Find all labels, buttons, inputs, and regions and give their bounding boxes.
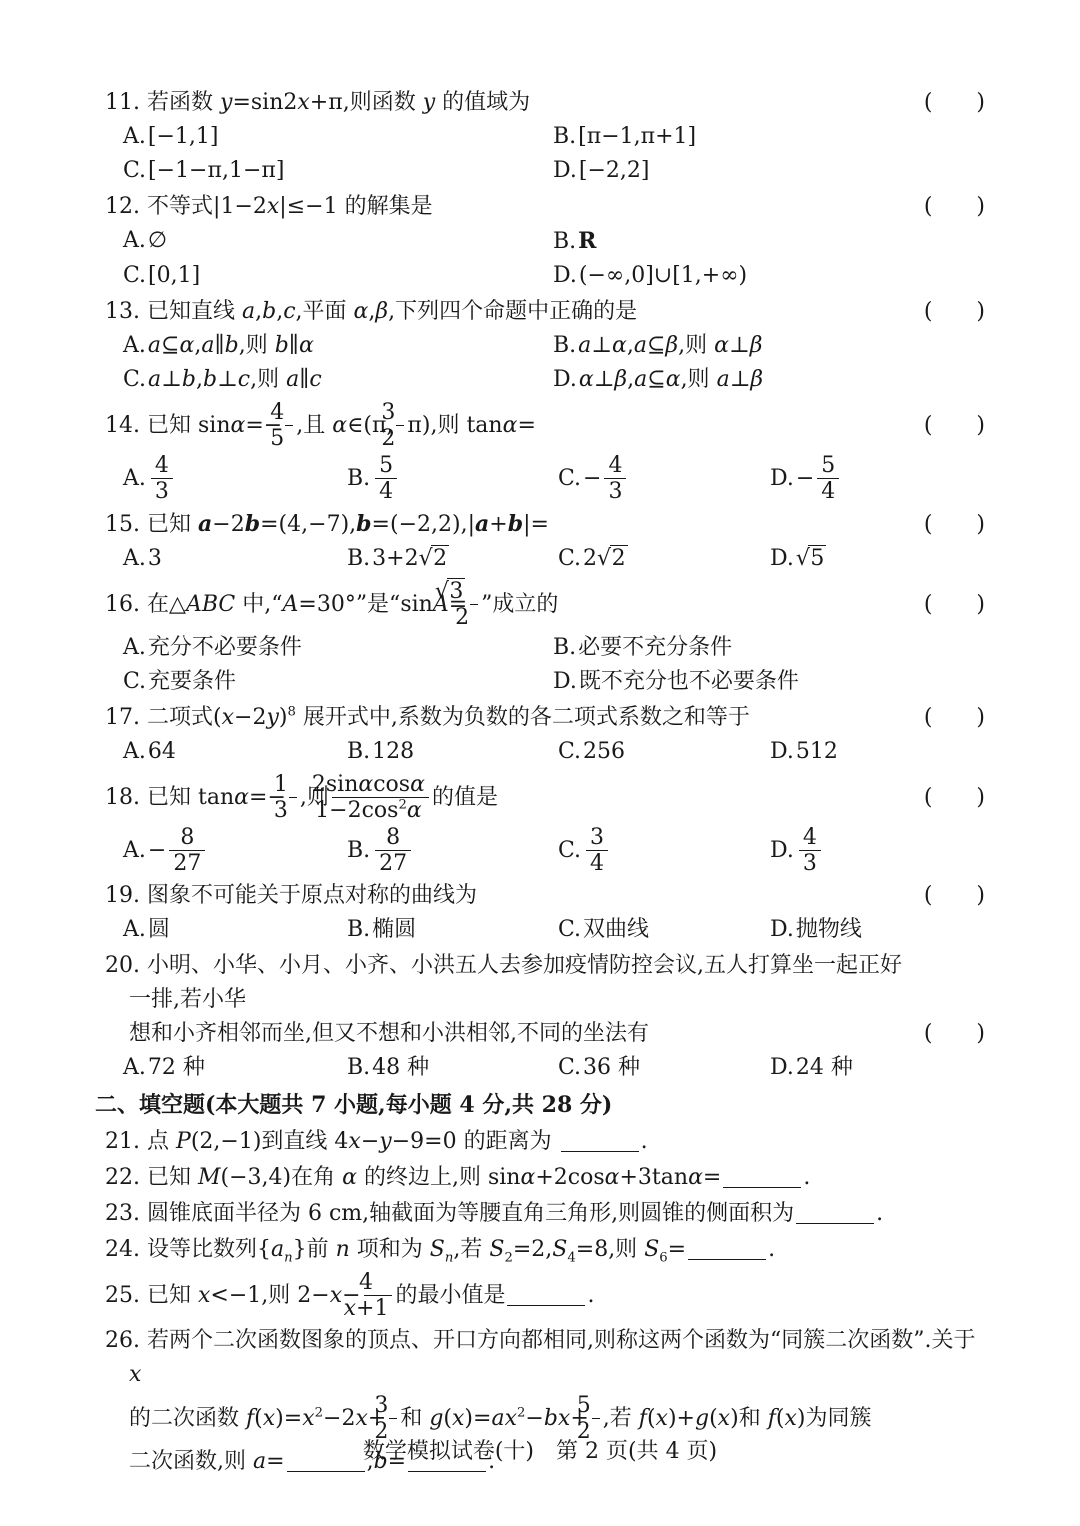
option-label: B. — [553, 635, 578, 660]
option-text: a⊥α,a⊆β,则 α⊥β — [578, 333, 762, 358]
option-label: C. — [558, 739, 583, 764]
question-stem: 19.图象不可能关于原点对称的曲线为 — [105, 879, 916, 913]
question-number: 20. — [105, 953, 147, 978]
question-stem-row: 14.已知 sinα=−45,且 α∈(π,32π),则 tanα= ( ) — [105, 399, 985, 452]
option-text: a⊆α,a∥b,则 b∥α — [148, 333, 314, 358]
option-B: B.128 — [347, 735, 558, 769]
option-label: B. — [553, 124, 578, 149]
answer-blank — [723, 1165, 801, 1188]
option-label: D. — [770, 917, 796, 942]
page-footer: 数学模拟试卷(十) 第 2 页(共 4 页) — [0, 1437, 1080, 1467]
question-20: 20.小明、小华、小月、小齐、小洪五人去参加疫情防控会议,五人打算坐一起正好一排… — [95, 949, 985, 1085]
question-text: 已知 M(−3,4)在角 α 的终边上,则 sinα+2cosα+3tanα=. — [147, 1165, 810, 1190]
question-11: 11.若函数 y=sin2x+π,则函数 y 的值域为 ( ) A.[−1,1]… — [95, 86, 985, 188]
option-text: 512 — [796, 739, 838, 764]
option-label: A. — [123, 124, 148, 149]
option-text: 48 种 — [372, 1055, 429, 1080]
question-text: 已知 sinα=−45,且 α∈(π,32π),则 tanα= — [147, 413, 536, 438]
question-options: A.64B.128C.256D.512 — [123, 735, 985, 769]
question-stem-row: 16.在△ABC 中,“A=30°”是“sinA=√32”成立的 ( ) — [105, 578, 985, 631]
answer-bracket: ( ) — [924, 295, 985, 329]
choice-question-list: 11.若函数 y=sin2x+π,则函数 y 的值域为 ( ) A.[−1,1]… — [95, 86, 985, 1085]
question-stem-row: 11.若函数 y=sin2x+π,则函数 y 的值域为 ( ) — [105, 86, 985, 120]
option-text: 抛物线 — [796, 917, 862, 942]
option-text: 双曲线 — [583, 917, 649, 942]
question-options: A.a⊆α,a∥b,则 b∥αB.a⊥α,a⊆β,则 α⊥βC.a⊥b,b⊥c,… — [123, 329, 985, 397]
question-13: 13.已知直线 a,b,c,平面 α,β,下列四个命题中正确的是 ( ) A.a… — [95, 295, 985, 397]
option-label: C. — [123, 367, 148, 392]
option-text: 43 — [148, 466, 176, 491]
question-stem-row: 21.点 P(2,−1)到直线 4x−y−9=0 的距离为 . — [105, 1125, 985, 1159]
answer-bracket: ( ) — [924, 879, 985, 913]
option-label: C. — [558, 838, 583, 863]
answer-bracket: ( ) — [924, 701, 985, 735]
question-number: 25. — [105, 1283, 147, 1308]
question-stem-row: 24.设等比数列{an}前 n 项和为 Sn,若 S2=2,S4=8,则 S6=… — [105, 1233, 985, 1267]
option-label: B. — [347, 838, 372, 863]
question-text: 二项式(x−2y)8 展开式中,系数为负数的各二项式系数之和等于 — [147, 705, 750, 730]
option-D: D.抛物线 — [770, 913, 985, 947]
option-text: ∅ — [148, 228, 167, 253]
option-label: C. — [558, 917, 583, 942]
question-options: A.72 种B.48 种C.36 种D.24 种 — [123, 1051, 985, 1085]
answer-bracket: ( ) — [924, 1017, 985, 1051]
option-text: a⊥b,b⊥c,则 a∥c — [148, 367, 322, 392]
option-C: C.34 — [558, 824, 770, 877]
question-options: A.3B.3+2√2C.2√2D.√5 — [123, 542, 985, 576]
question-number: 23. — [105, 1201, 147, 1226]
answer-bracket: ( ) — [924, 781, 985, 815]
question-stem-row: 22.已知 M(−3,4)在角 α 的终边上,则 sinα+2cosα+3tan… — [105, 1161, 985, 1195]
option-text: 64 — [148, 739, 176, 764]
question-stem: 23.圆锥底面半径为 6 cm,轴截面为等腰直角三角形,则圆锥的侧面积为. — [105, 1197, 985, 1231]
option-C: C.36 种 — [558, 1051, 770, 1085]
question-16: 16.在△ABC 中,“A=30°”是“sinA=√32”成立的 ( ) A.充… — [95, 578, 985, 699]
option-D: D.512 — [770, 735, 985, 769]
option-label: B. — [347, 546, 372, 571]
question-stem-row: 13.已知直线 a,b,c,平面 α,β,下列四个命题中正确的是 ( ) — [105, 295, 985, 329]
option-label: D. — [553, 367, 579, 392]
option-D: D.−54 — [770, 452, 985, 505]
question-stem-row: 20.小明、小华、小月、小齐、小洪五人去参加疫情防控会议,五人打算坐一起正好一排… — [105, 949, 985, 1051]
question-options: A.圆B.椭圆C.双曲线D.抛物线 — [123, 913, 985, 947]
option-A: A.[−1,1] — [123, 120, 553, 154]
question-14: 14.已知 sinα=−45,且 α∈(π,32π),则 tanα= ( ) A… — [95, 399, 985, 505]
option-label: B. — [347, 739, 372, 764]
answer-blank — [507, 1283, 585, 1306]
option-C: C.a⊥b,b⊥c,则 a∥c — [123, 363, 553, 397]
question-number: 11. — [105, 90, 147, 115]
option-label: D. — [553, 158, 579, 183]
question-stem: 13.已知直线 a,b,c,平面 α,β,下列四个命题中正确的是 — [105, 295, 916, 329]
question-24: 24.设等比数列{an}前 n 项和为 Sn,若 S2=2,S4=8,则 S6=… — [95, 1233, 985, 1267]
question-text: 已知 x<−1,则 2−x−4x+1的最小值是. — [147, 1283, 594, 1308]
question-options: A.−827B.827C.34D.43 — [123, 824, 985, 877]
option-text: 827 — [372, 838, 414, 863]
answer-bracket: ( ) — [924, 409, 985, 443]
option-text: 充要条件 — [148, 669, 236, 694]
option-C: C.双曲线 — [558, 913, 770, 947]
question-stem: 17.二项式(x−2y)8 展开式中,系数为负数的各二项式系数之和等于 — [105, 701, 916, 735]
question-number: 17. — [105, 705, 147, 730]
option-text: 圆 — [148, 917, 170, 942]
option-B: B.3+2√2 — [347, 542, 558, 576]
option-label: D. — [770, 546, 796, 571]
question-19: 19.图象不可能关于原点对称的曲线为 ( ) A.圆B.椭圆C.双曲线D.抛物线 — [95, 879, 985, 947]
option-A: A.64 — [123, 735, 347, 769]
question-text: 若函数 y=sin2x+π,则函数 y 的值域为 — [147, 90, 530, 115]
question-number: 24. — [105, 1237, 147, 1262]
answer-blank — [796, 1201, 874, 1224]
option-label: C. — [123, 158, 148, 183]
option-text: 256 — [583, 739, 625, 764]
answer-bracket: ( ) — [924, 190, 985, 224]
question-21: 21.点 P(2,−1)到直线 4x−y−9=0 的距离为 . — [95, 1125, 985, 1159]
option-text: 既不充分也不必要条件 — [579, 669, 799, 694]
question-number: 15. — [105, 512, 147, 537]
question-stem: 16.在△ABC 中,“A=30°”是“sinA=√32”成立的 — [105, 578, 916, 631]
question-stem: 12.不等式|1−2x|≤−1 的解集是 — [105, 190, 916, 224]
option-text: 充分不必要条件 — [148, 635, 302, 660]
question-number: 22. — [105, 1165, 147, 1190]
option-A: A.3 — [123, 542, 347, 576]
option-C: C.充要条件 — [123, 665, 553, 699]
option-text: R — [578, 229, 596, 254]
question-15: 15.已知 a−2b=(4,−7),b=(−2,2),|a+b|= ( ) A.… — [95, 507, 985, 576]
question-stem-row: 18.已知 tanα=−13,则2sinαcosα1−2cos2α的值是 ( ) — [105, 771, 985, 824]
answer-bracket: ( ) — [924, 508, 985, 542]
option-C: C.[−1−π,1−π] — [123, 154, 553, 188]
option-label: C. — [558, 546, 583, 571]
question-25: 25.已知 x<−1,则 2−x−4x+1的最小值是. — [95, 1269, 985, 1322]
option-text: 2√2 — [583, 546, 628, 571]
option-text: 必要不充分条件 — [578, 635, 732, 660]
option-label: D. — [770, 466, 796, 491]
option-A: A.∅ — [123, 224, 553, 259]
question-stem: 24.设等比数列{an}前 n 项和为 Sn,若 S2=2,S4=8,则 S6=… — [105, 1233, 985, 1267]
question-stem: 22.已知 M(−3,4)在角 α 的终边上,则 sinα+2cosα+3tan… — [105, 1161, 985, 1195]
question-stem-row: 15.已知 a−2b=(4,−7),b=(−2,2),|a+b|= ( ) — [105, 507, 985, 542]
question-stem: 15.已知 a−2b=(4,−7),b=(−2,2),|a+b|= — [105, 507, 916, 542]
question-options: A.[−1,1]B.[π−1,π+1]C.[−1−π,1−π]D.[−2,2] — [123, 120, 985, 188]
option-A: A.72 种 — [123, 1051, 347, 1085]
option-B: B.椭圆 — [347, 913, 558, 947]
answer-blank — [561, 1129, 639, 1152]
option-B: B.827 — [347, 824, 558, 877]
answer-bracket: ( ) — [924, 86, 985, 120]
option-text: [−2,2] — [579, 158, 650, 183]
option-B: B.[π−1,π+1] — [553, 120, 985, 154]
question-options: A.43B.54C.−43D.−54 — [123, 452, 985, 505]
question-text: 已知直线 a,b,c,平面 α,β,下列四个命题中正确的是 — [147, 299, 637, 324]
option-A: A.圆 — [123, 913, 347, 947]
option-A: A.43 — [123, 452, 347, 505]
option-label: B. — [347, 466, 372, 491]
exam-page: 11.若函数 y=sin2x+π,则函数 y 的值域为 ( ) A.[−1,1]… — [0, 0, 1080, 1526]
option-B: B.54 — [347, 452, 558, 505]
option-text: −43 — [583, 466, 629, 491]
option-label: B. — [553, 333, 578, 358]
question-text: 小明、小华、小月、小齐、小洪五人去参加疫情防控会议,五人打算坐一起正好一排,若小… — [129, 953, 902, 1046]
option-text: √5 — [796, 546, 827, 571]
option-D: D.43 — [770, 824, 985, 877]
option-text: α⊥β,a⊆α,则 a⊥β — [579, 367, 763, 392]
question-text: 已知 a−2b=(4,−7),b=(−2,2),|a+b|= — [147, 512, 549, 537]
option-C: C.256 — [558, 735, 770, 769]
option-text: 72 种 — [148, 1055, 205, 1080]
option-label: A. — [123, 546, 148, 571]
question-text: 在△ABC 中,“A=30°”是“sinA=√32”成立的 — [147, 592, 558, 617]
option-text: 43 — [796, 838, 824, 863]
option-text: [−1,1] — [148, 124, 219, 149]
option-text: [0,1] — [148, 263, 200, 288]
question-stem-row: 23.圆锥底面半径为 6 cm,轴截面为等腰直角三角形,则圆锥的侧面积为. — [105, 1197, 985, 1231]
question-number: 13. — [105, 299, 147, 324]
option-text: 128 — [372, 739, 414, 764]
option-text: −827 — [148, 838, 208, 863]
question-number: 21. — [105, 1129, 147, 1154]
question-stem: 21.点 P(2,−1)到直线 4x−y−9=0 的距离为 . — [105, 1125, 985, 1159]
question-18: 18.已知 tanα=−13,则2sinαcosα1−2cos2α的值是 ( )… — [95, 771, 985, 877]
option-text: [−1−π,1−π] — [148, 158, 284, 183]
option-label: B. — [553, 229, 578, 254]
question-number: 12. — [105, 194, 147, 219]
option-label: C. — [123, 263, 148, 288]
option-label: B. — [347, 917, 372, 942]
question-text: 点 P(2,−1)到直线 4x−y−9=0 的距离为 . — [147, 1129, 648, 1154]
question-stem: 18.已知 tanα=−13,则2sinαcosα1−2cos2α的值是 — [105, 771, 916, 824]
option-label: A. — [123, 466, 148, 491]
option-A: A.−827 — [123, 824, 347, 877]
option-label: C. — [123, 669, 148, 694]
option-D: D.既不充分也不必要条件 — [553, 665, 985, 699]
option-text: −54 — [796, 466, 842, 491]
question-23: 23.圆锥底面半径为 6 cm,轴截面为等腰直角三角形,则圆锥的侧面积为. — [95, 1197, 985, 1231]
option-label: D. — [553, 669, 579, 694]
question-12: 12.不等式|1−2x|≤−1 的解集是 ( ) A.∅B.RC.[0,1]D.… — [95, 190, 985, 293]
question-options: A.∅B.RC.[0,1]D.(−∞,0]∪[1,+∞) — [123, 224, 985, 293]
question-text: 不等式|1−2x|≤−1 的解集是 — [147, 194, 433, 219]
question-text: 圆锥底面半径为 6 cm,轴截面为等腰直角三角形,则圆锥的侧面积为. — [147, 1201, 883, 1226]
option-label: A. — [123, 635, 148, 660]
option-C: C.[0,1] — [123, 259, 553, 293]
option-C: C.2√2 — [558, 542, 770, 576]
option-text: 34 — [583, 838, 611, 863]
option-label: D. — [770, 838, 796, 863]
fill-question-list: 21.点 P(2,−1)到直线 4x−y−9=0 的距离为 . 22.已知 M(… — [95, 1125, 985, 1479]
option-label: D. — [770, 1055, 796, 1080]
question-text: 图象不可能关于原点对称的曲线为 — [147, 883, 477, 908]
option-label: A. — [123, 1055, 148, 1080]
question-number: 16. — [105, 592, 147, 617]
option-D: D.α⊥β,a⊆α,则 a⊥β — [553, 363, 985, 397]
option-D: D.(−∞,0]∪[1,+∞) — [553, 259, 985, 293]
option-text: 24 种 — [796, 1055, 853, 1080]
fill-section-header: 二、填空题(本大题共 7 小题,每小题 4 分,共 28 分) — [95, 1087, 985, 1123]
option-label: C. — [558, 1055, 583, 1080]
option-text: 椭圆 — [372, 917, 416, 942]
question-stem: 14.已知 sinα=−45,且 α∈(π,32π),则 tanα= — [105, 399, 916, 452]
question-stem: 11.若函数 y=sin2x+π,则函数 y 的值域为 — [105, 86, 916, 120]
option-text: [π−1,π+1] — [578, 124, 696, 149]
option-text: 3+2√2 — [372, 546, 449, 571]
option-B: B.必要不充分条件 — [553, 631, 985, 665]
question-22: 22.已知 M(−3,4)在角 α 的终边上,则 sinα+2cosα+3tan… — [95, 1161, 985, 1195]
option-A: A.充分不必要条件 — [123, 631, 553, 665]
question-stem-row: 17.二项式(x−2y)8 展开式中,系数为负数的各二项式系数之和等于 ( ) — [105, 701, 985, 735]
question-stem: 20.小明、小华、小月、小齐、小洪五人去参加疫情防控会议,五人打算坐一起正好一排… — [105, 949, 916, 1051]
option-label: A. — [123, 333, 148, 358]
option-D: D.24 种 — [770, 1051, 985, 1085]
option-B: B.a⊥α,a⊆β,则 α⊥β — [553, 329, 985, 363]
question-number: 19. — [105, 883, 147, 908]
option-label: A. — [123, 917, 148, 942]
option-B: B.R — [553, 224, 985, 259]
option-text: 54 — [372, 466, 400, 491]
option-label: D. — [770, 739, 796, 764]
question-text: 设等比数列{an}前 n 项和为 Sn,若 S2=2,S4=8,则 S6=. — [147, 1237, 775, 1262]
option-B: B.48 种 — [347, 1051, 558, 1085]
question-stem-row: 19.图象不可能关于原点对称的曲线为 ( ) — [105, 879, 985, 913]
option-C: C.−43 — [558, 452, 770, 505]
option-text: 36 种 — [583, 1055, 640, 1080]
option-D: D.√5 — [770, 542, 985, 576]
option-label: A. — [123, 228, 148, 253]
option-label: B. — [347, 1055, 372, 1080]
question-stem: 25.已知 x<−1,则 2−x−4x+1的最小值是. — [105, 1269, 985, 1322]
option-A: A.a⊆α,a∥b,则 b∥α — [123, 329, 553, 363]
answer-bracket: ( ) — [924, 588, 985, 622]
question-number: 18. — [105, 785, 147, 810]
question-17: 17.二项式(x−2y)8 展开式中,系数为负数的各二项式系数之和等于 ( ) … — [95, 701, 985, 769]
question-stem-row: 12.不等式|1−2x|≤−1 的解集是 ( ) — [105, 190, 985, 224]
option-text: (−∞,0]∪[1,+∞) — [579, 263, 747, 288]
option-label: C. — [558, 466, 583, 491]
option-label: A. — [123, 739, 148, 764]
answer-blank — [688, 1237, 766, 1260]
question-options: A.充分不必要条件B.必要不充分条件C.充要条件D.既不充分也不必要条件 — [123, 631, 985, 699]
option-label: A. — [123, 838, 148, 863]
question-number: 26. — [105, 1328, 147, 1353]
question-text: 已知 tanα=−13,则2sinαcosα1−2cos2α的值是 — [147, 785, 498, 810]
question-stem-row: 25.已知 x<−1,则 2−x−4x+1的最小值是. — [105, 1269, 985, 1322]
option-text: 3 — [148, 546, 162, 571]
option-label: D. — [553, 263, 579, 288]
option-D: D.[−2,2] — [553, 154, 985, 188]
question-number: 14. — [105, 413, 147, 438]
